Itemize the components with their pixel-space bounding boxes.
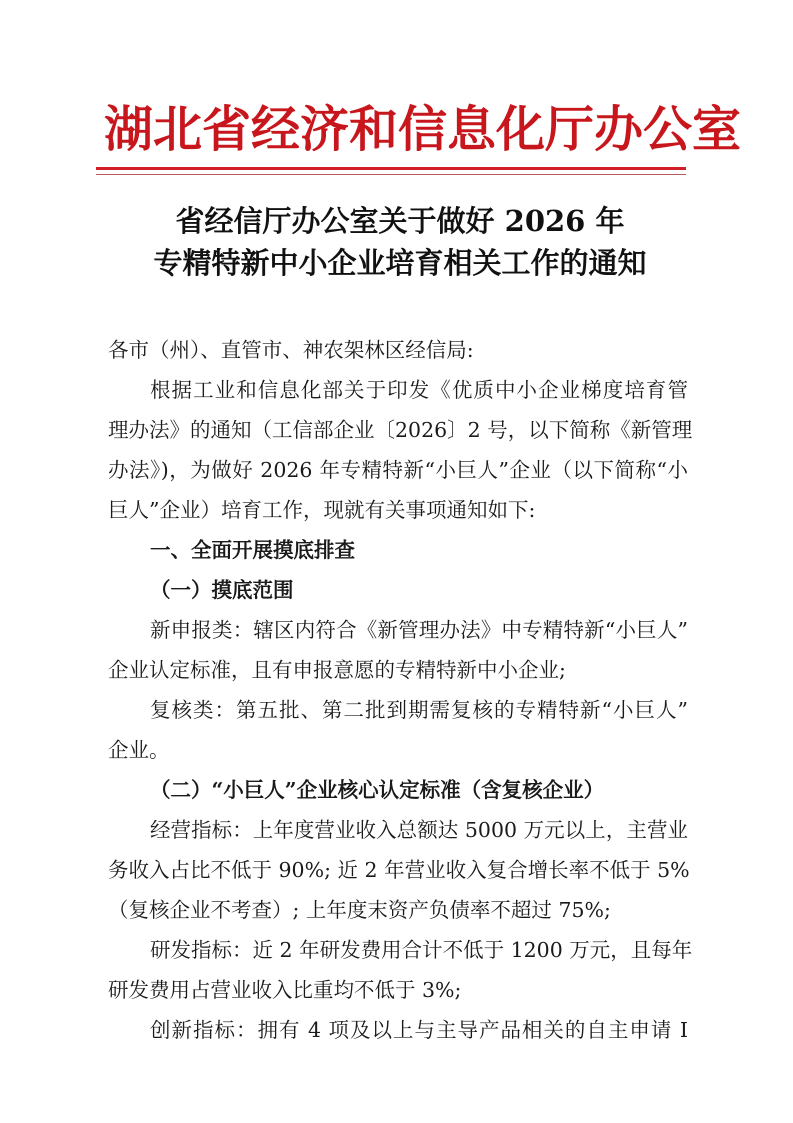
paragraph-line: 办法》)，为做好 2026 年专精特新“小巨人”企业（以下简称“小 bbox=[108, 450, 688, 490]
paragraph-line: 根据工业和信息化部关于印发《优质中小企业梯度培育管 bbox=[108, 370, 688, 410]
letterhead-org-name: 湖北省经济和信息化厅办公室 bbox=[104, 96, 688, 162]
addressee: 各市（州）、直管市、神农架林区经信局: bbox=[108, 330, 688, 370]
title-line-2: 专精特新中小企业培育相关工作的通知 bbox=[100, 242, 700, 284]
subsection-heading: （二）“小巨人”企业核心认定标准（含复核企业） bbox=[108, 770, 688, 810]
title-line-1: 省经信厅办公室关于做好 2026 年 bbox=[100, 200, 700, 242]
section-heading: 一、全面开展摸底排查 bbox=[108, 530, 688, 570]
paragraph-line: 务收入占比不低于 90%; 近 2 年营业收入复合增长率不低于 5% bbox=[108, 850, 688, 890]
paragraph-line: 经营指标：上年度营业收入总额达 5000 万元以上，主营业 bbox=[108, 810, 688, 850]
paragraph-line: 研发费用占营业收入比重均不低于 3%; bbox=[108, 970, 688, 1010]
letterhead-rule-thin bbox=[96, 174, 686, 175]
paragraph-line: 研发指标：近 2 年研发费用合计不低于 1200 万元，且每年 bbox=[108, 930, 688, 970]
paragraph-line: 企业认定标准，且有申报意愿的专精特新中小企业; bbox=[108, 650, 688, 690]
paragraph-line: 企业。 bbox=[108, 730, 688, 770]
paragraph-line: （复核企业不考查）; 上年度末资产负债率不超过 75%; bbox=[108, 890, 688, 930]
document-title: 省经信厅办公室关于做好 2026 年 专精特新中小企业培育相关工作的通知 bbox=[100, 200, 700, 284]
letterhead-rule-thick bbox=[96, 167, 686, 170]
paragraph-line: 创新指标：拥有 4 项及以上与主导产品相关的自主申请 I bbox=[108, 1010, 688, 1050]
paragraph-line: 理办法》的通知（工信部企业〔2026〕2 号，以下简称《新管理 bbox=[108, 410, 688, 450]
subsection-heading: （一）摸底范围 bbox=[108, 570, 688, 610]
document-body: 各市（州）、直管市、神农架林区经信局: 根据工业和信息化部关于印发《优质中小企业… bbox=[108, 330, 688, 1050]
paragraph-line: 新申报类：辖区内符合《新管理办法》中专精特新“小巨人” bbox=[108, 610, 688, 650]
paragraph-line: 巨人”企业）培育工作，现就有关事项通知如下: bbox=[108, 490, 688, 530]
paragraph-line: 复核类：第五批、第二批到期需复核的专精特新“小巨人” bbox=[108, 690, 688, 730]
